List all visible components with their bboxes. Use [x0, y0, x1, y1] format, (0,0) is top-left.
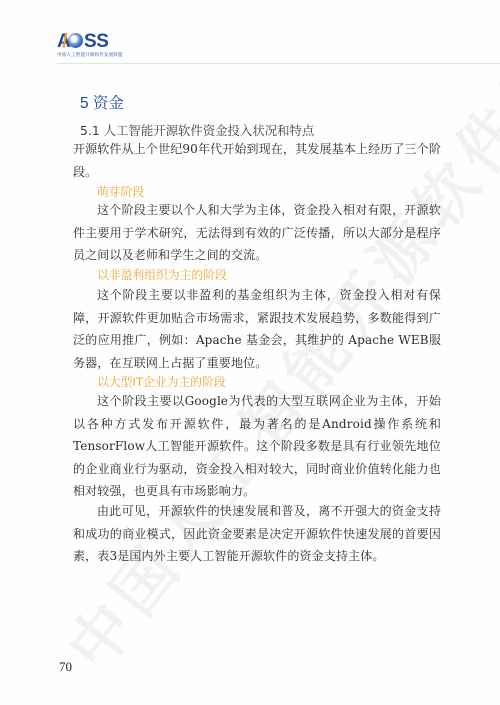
- stage-heading-nonprofit: 以非盈利组织为主的阶段: [97, 266, 227, 283]
- stage-paragraph-nonprofit: 这个阶段主要以非盈利的基金组织为主体，资金投入相对有保障，开源软件更加贴合市场需…: [73, 284, 441, 374]
- logo-subtitle: 中国人工智能开源软件发展联盟: [57, 53, 123, 58]
- section-title: 5.1 人工智能开源软件资金投入状况和特点: [80, 121, 314, 139]
- globe-icon: [68, 33, 83, 48]
- aoss-logo: A/SS 中国人工智能开源软件发展联盟: [57, 32, 125, 60]
- logo-mark: A/SS: [57, 32, 108, 52]
- chapter-title: 5 资金: [80, 91, 124, 113]
- document-page: 中国人工智能开源软件发展联盟 A/SS 中国人工智能开源软件发展联盟 5 资金 …: [0, 0, 500, 705]
- header-divider: [57, 63, 500, 64]
- intro-paragraph: 开源软件从上个世纪90年代开始到现在，其发展基本上经历了三个阶段。: [73, 138, 441, 183]
- stage-paragraph-enterprise: 这个阶段主要以Google为代表的大型互联网企业为主体，开始以各种方式发布开源软…: [73, 390, 441, 503]
- page-number: 70: [59, 659, 72, 675]
- stage-paragraph-sprout: 这个阶段主要以个人和大学为主体，资金投入相对有限，开源软件主要用于学术研究，无法…: [73, 199, 441, 267]
- stage-heading-enterprise: 以大型IT企业为主的阶段: [97, 373, 226, 390]
- stage-heading-sprout: 萌芽阶段: [97, 183, 144, 200]
- conclusion-paragraph: 由此可见，开源软件的快速发展和普及，离不开强大的资金支持和成功的商业模式，因此资…: [73, 500, 441, 568]
